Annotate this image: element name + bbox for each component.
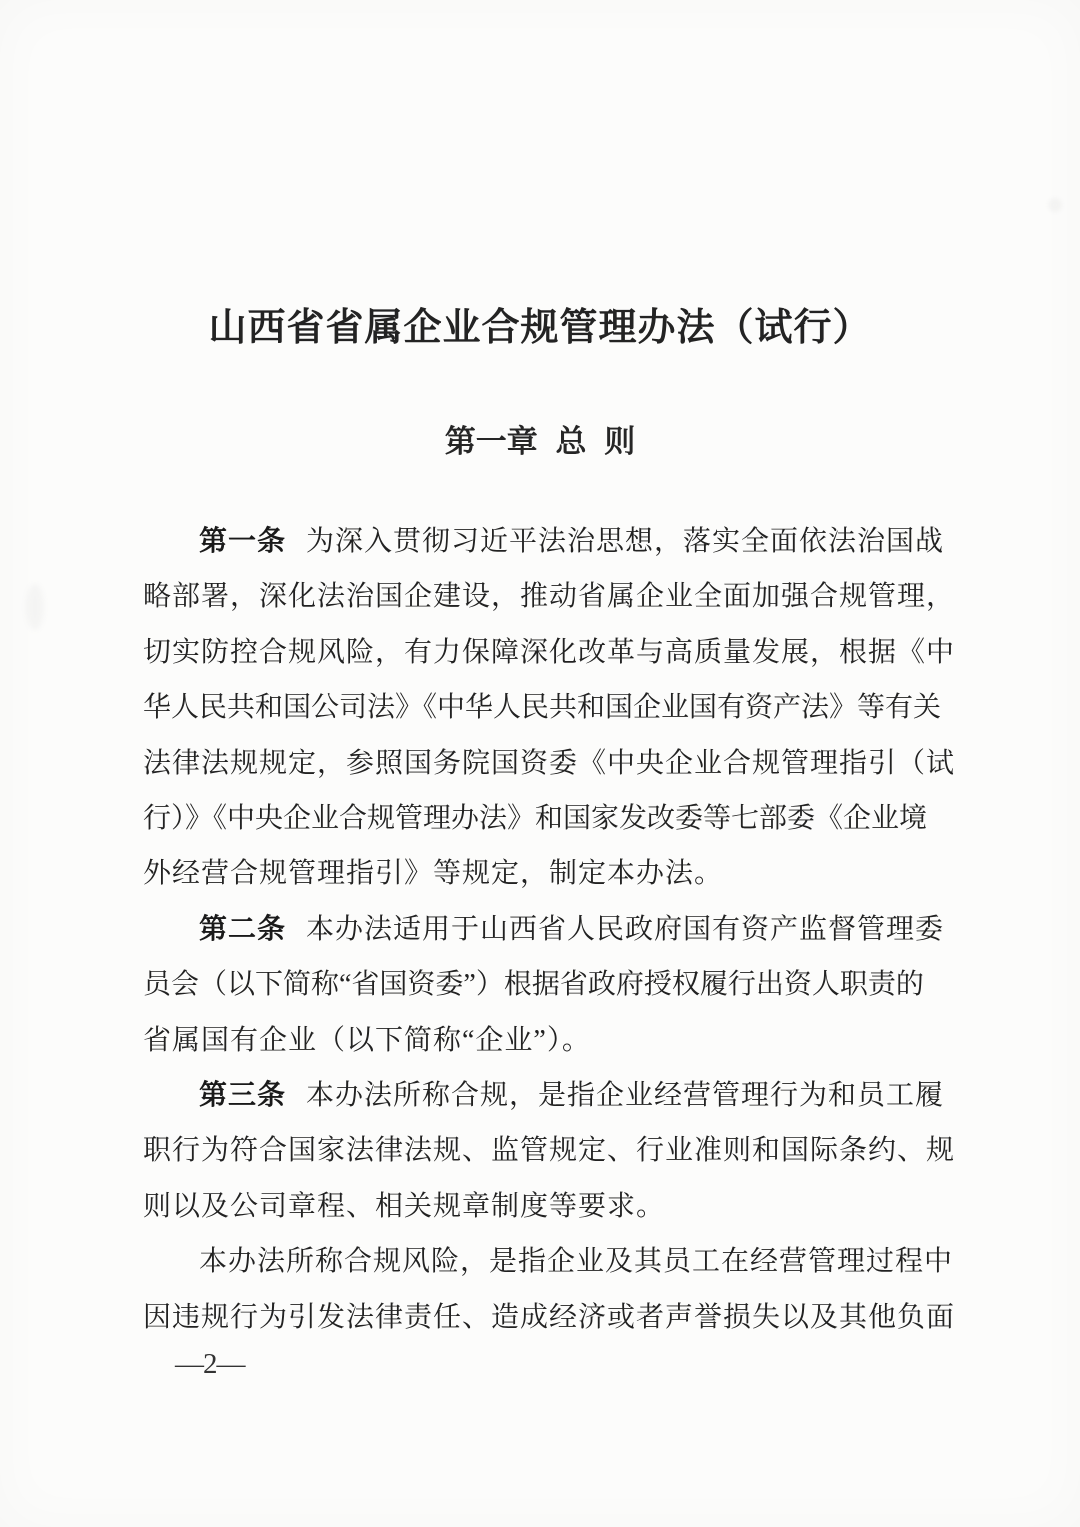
body-line: 省属国有企业（以下简称“企业”）。	[143, 1013, 959, 1068]
article-number: 第二条	[199, 914, 286, 945]
line-text: 则以及公司章程、相关规章制度等要求。	[143, 1191, 665, 1222]
line-text: 行）》《中央企业合规管理办法》和国家发改委等七部委《企业境	[143, 803, 927, 834]
body-line: 本办法所称合规风险，是指企业及其员工在经营管理过程中	[143, 1234, 959, 1289]
body-line: 因违规行为引发法律责任、造成经济或者声誉损失以及其他负面	[143, 1290, 959, 1345]
line-text: 员会（以下简称“省国资委”）根据省政府授权履行出资人职责的	[143, 969, 924, 1000]
line-text: 本办法适用于山西省人民政府国有资产监督管理委	[306, 914, 944, 945]
line-text: 略部署，深化法治国企建设，推动省属企业全面加强合规管理，	[143, 581, 955, 612]
document-title: 山西省省属企业合规管理办法（试行）	[0, 296, 1080, 351]
article-number: 第三条	[199, 1080, 286, 1111]
line-text: 本办法所称合规，是指企业经营管理行为和员工履	[306, 1080, 944, 1111]
line-text: 法律法规规定，参照国务院国资委《中央企业合规管理指引（试	[143, 748, 955, 779]
body-line: 外经营合规管理指引》等规定，制定本办法。	[143, 846, 959, 901]
line-text: 为深入贯彻习近平法治思想，落实全面依法治国战	[306, 526, 944, 557]
line-text: 因违规行为引发法律责任、造成经济或者声誉损失以及其他负面	[143, 1302, 955, 1333]
scan-artifact-speck	[1048, 198, 1062, 212]
body-line: 略部署，深化法治国企建设，推动省属企业全面加强合规管理，	[143, 569, 959, 624]
scan-artifact-smudge	[26, 584, 44, 630]
article-number: 第一条	[199, 526, 286, 557]
body-line: 行）》《中央企业合规管理办法》和国家发改委等七部委《企业境	[143, 791, 959, 846]
line-text: 外经营合规管理指引》等规定，制定本办法。	[143, 858, 723, 889]
body-line: 法律法规规定，参照国务院国资委《中央企业合规管理指引（试	[143, 736, 959, 791]
line-text: 切实防控合规风险，有力保障深化改革与高质量发展，根据《中	[143, 637, 955, 668]
line-text: 华人民共和国公司法》《中华人民共和国企业国有资产法》等有关	[143, 692, 941, 723]
page-number: —2—	[175, 1348, 245, 1381]
scanned-document-page: 山西省省属企业合规管理办法（试行） 第一章 总 则 第一条为深入贯彻习近平法治思…	[0, 0, 1080, 1527]
body-line: 职行为符合国家法律法规、监管规定、行业准则和国际条约、规	[143, 1123, 959, 1178]
line-text: 省属国有企业（以下简称“企业”）。	[143, 1025, 591, 1056]
document-body: 第一条为深入贯彻习近平法治思想，落实全面依法治国战 略部署，深化法治国企建设，推…	[143, 514, 959, 1345]
body-line: 第三条本办法所称合规，是指企业经营管理行为和员工履	[143, 1068, 959, 1123]
body-line: 华人民共和国公司法》《中华人民共和国企业国有资产法》等有关	[143, 680, 959, 735]
line-text: 本办法所称合规风险，是指企业及其员工在经营管理过程中	[199, 1246, 953, 1277]
body-line: 则以及公司章程、相关规章制度等要求。	[143, 1179, 959, 1234]
line-text: 职行为符合国家法律法规、监管规定、行业准则和国际条约、规	[143, 1135, 955, 1166]
body-line: 切实防控合规风险，有力保障深化改革与高质量发展，根据《中	[143, 625, 959, 680]
chapter-heading: 第一章 总 则	[0, 416, 1080, 461]
body-line: 第一条为深入贯彻习近平法治思想，落实全面依法治国战	[143, 514, 959, 569]
body-line: 第二条本办法适用于山西省人民政府国有资产监督管理委	[143, 902, 959, 957]
body-line: 员会（以下简称“省国资委”）根据省政府授权履行出资人职责的	[143, 957, 959, 1012]
